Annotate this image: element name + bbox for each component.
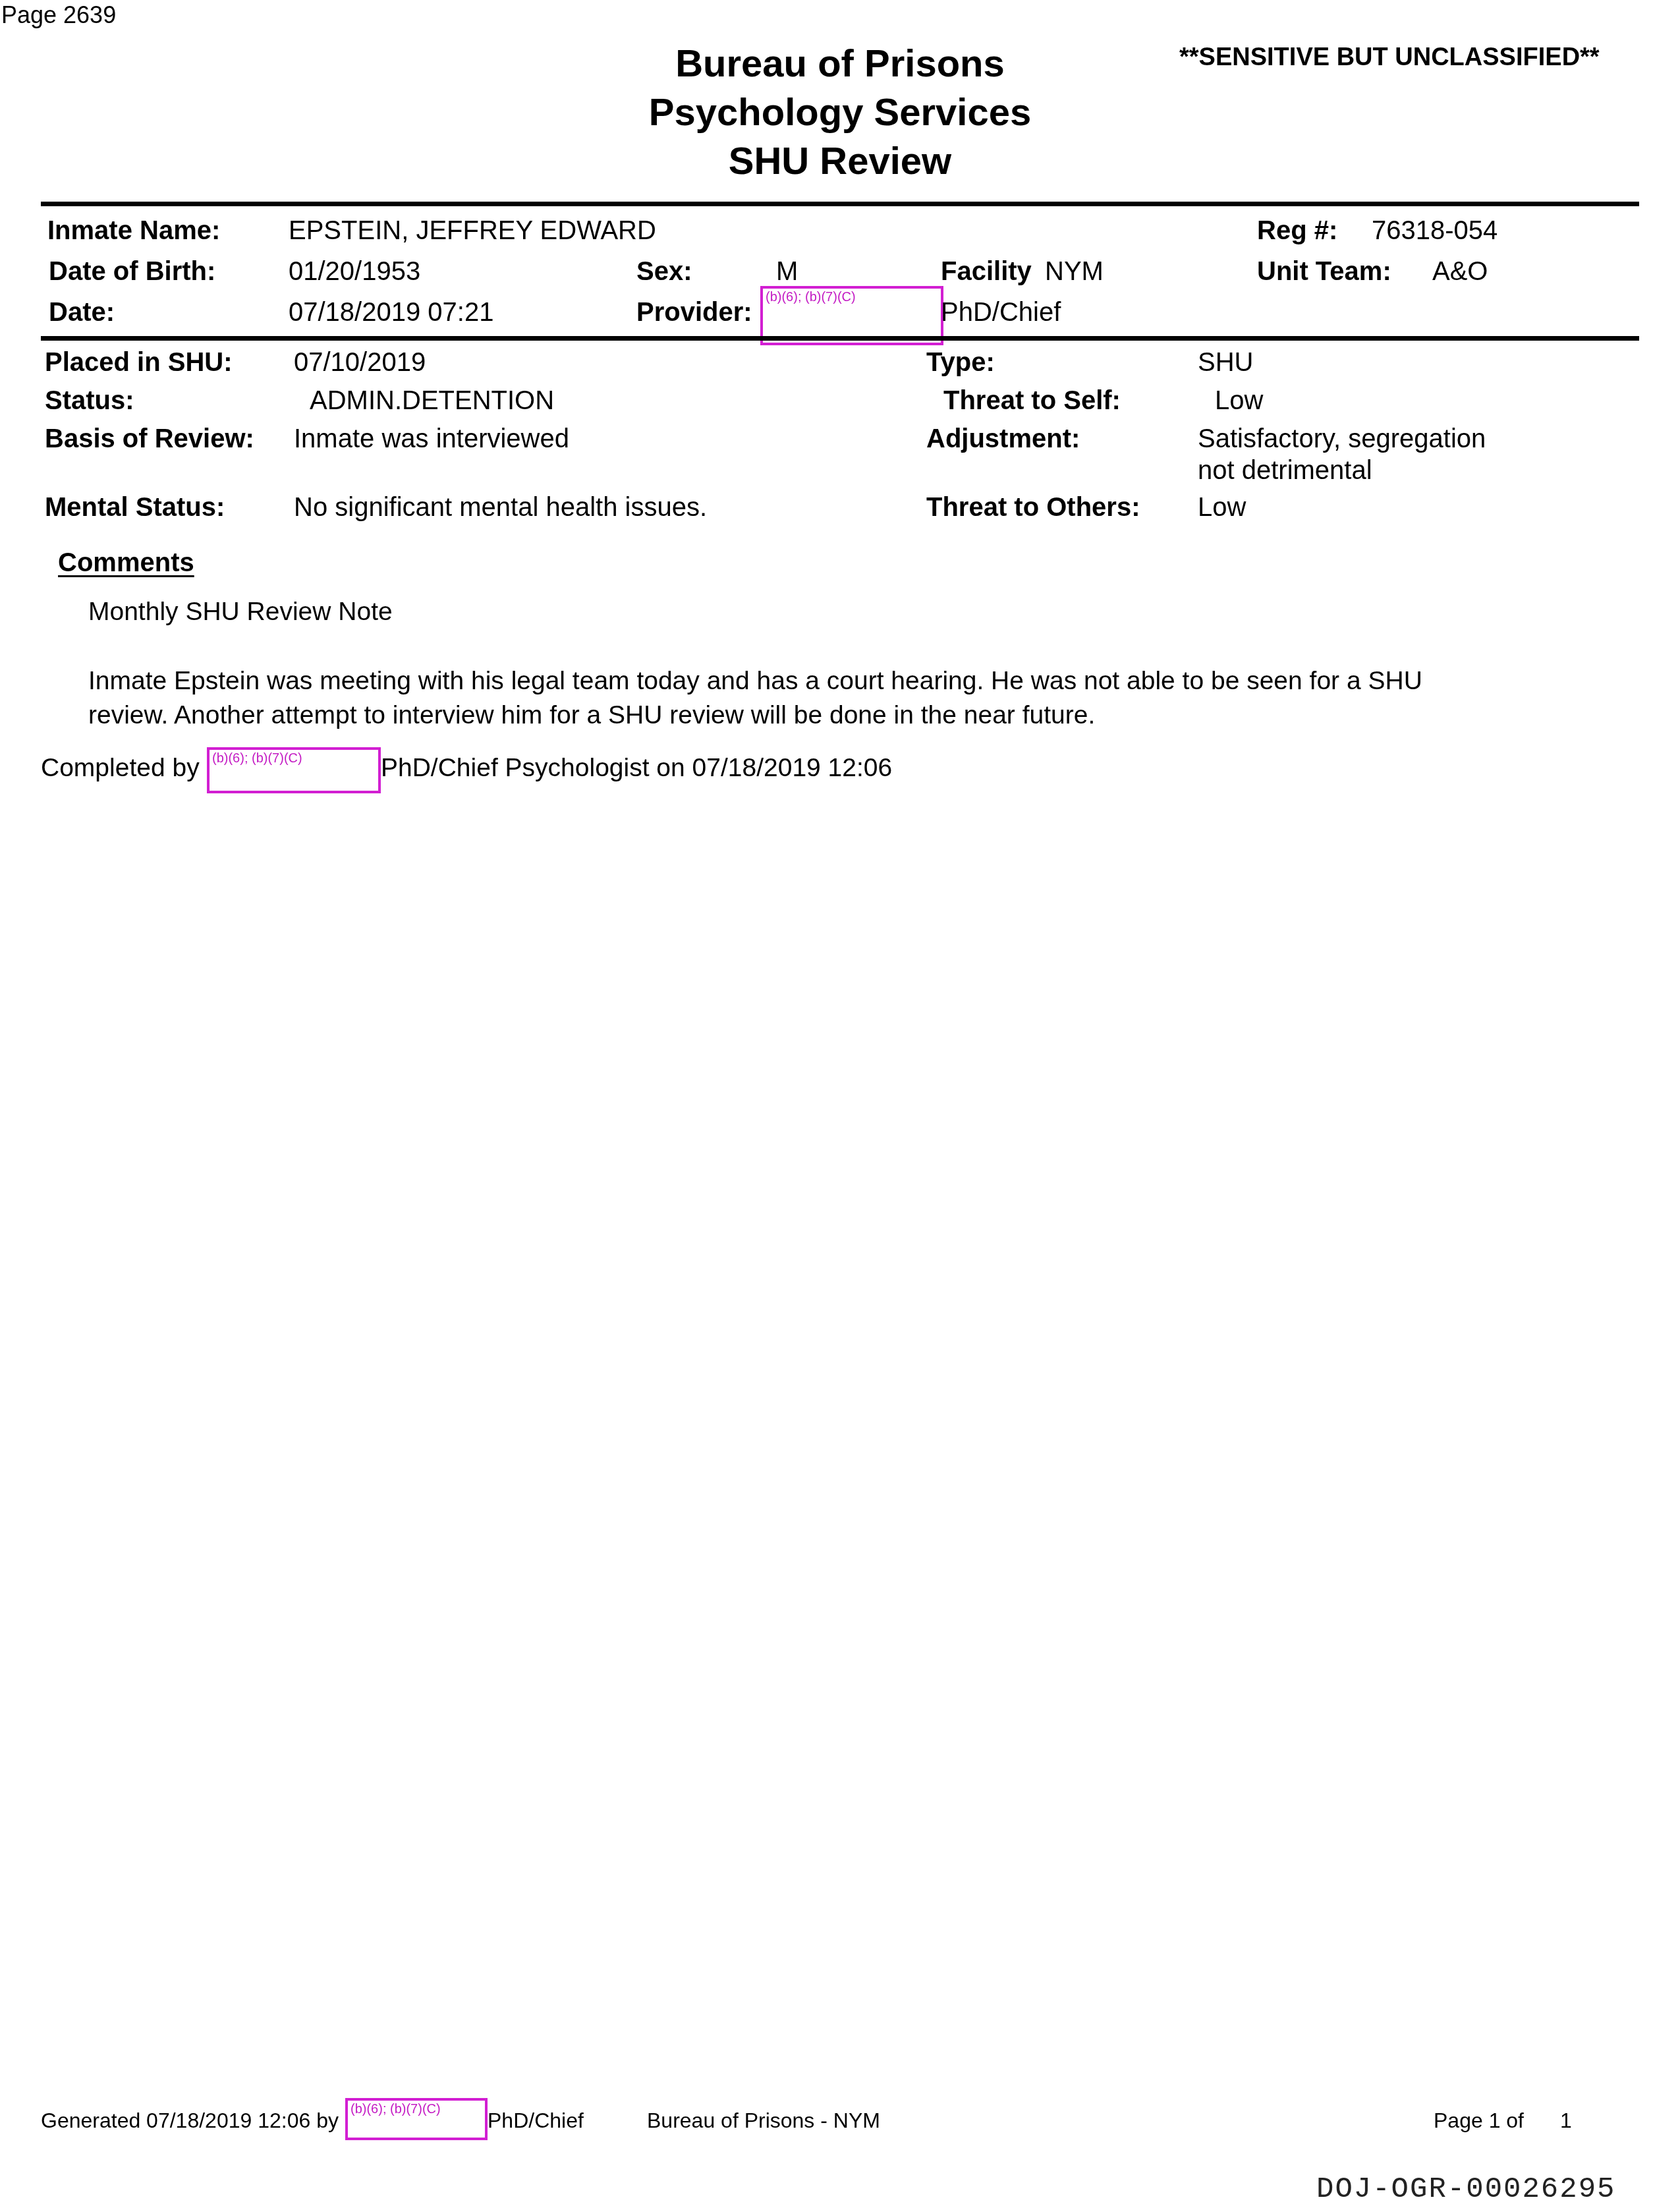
unit-team-label: Unit Team:: [1257, 257, 1391, 287]
date-value: 07/18/2019 07:21: [289, 298, 493, 327]
inmate-name-label: Inmate Name:: [47, 216, 220, 246]
divider-top: [41, 202, 1639, 206]
threat-to-self-label: Threat to Self:: [943, 386, 1121, 416]
redaction-code: (b)(6); (b)(7)(C): [766, 290, 856, 305]
redaction-code: (b)(6); (b)(7)(C): [212, 751, 302, 766]
placed-in-shu-value: 07/10/2019: [294, 348, 426, 378]
reg-value: 76318-054: [1372, 216, 1498, 246]
divider-middle: [41, 336, 1639, 341]
redaction-code: (b)(6); (b)(7)(C): [350, 2102, 441, 2117]
title-form: SHU Review: [0, 137, 1680, 186]
threat-to-others-label: Threat to Others:: [926, 493, 1140, 523]
placed-in-shu-label: Placed in SHU:: [45, 348, 233, 378]
comments-line-1: Inmate Epstein was meeting with his lega…: [88, 664, 1422, 698]
comments-line-2: review. Another attempt to interview him…: [88, 698, 1095, 733]
comments-note-title: Monthly SHU Review Note: [88, 595, 393, 629]
page-number-label: Page 2639: [1, 1, 116, 29]
date-label: Date:: [49, 298, 115, 327]
footer-organization: Bureau of Prisons - NYM: [647, 2109, 880, 2133]
facility-label: Facility: [941, 257, 1032, 287]
dob-label: Date of Birth:: [49, 257, 215, 287]
footer-page-total: 1: [1560, 2109, 1572, 2133]
classification-banner: **SENSITIVE BUT UNCLASSIFIED**: [1179, 43, 1600, 72]
mental-status-label: Mental Status:: [45, 493, 225, 523]
footer-page-text: Page 1 of: [1434, 2109, 1524, 2133]
basis-of-review-value: Inmate was interviewed: [294, 424, 569, 454]
threat-to-self-value: Low: [1215, 386, 1263, 416]
generated-by-redaction-box: (b)(6); (b)(7)(C): [345, 2098, 488, 2140]
adjustment-label: Adjustment:: [926, 424, 1080, 454]
bates-number: DOJ-OGR-00026295: [1316, 2173, 1615, 2206]
basis-of-review-label: Basis of Review:: [45, 424, 254, 454]
generated-by-prefix: Generated 07/18/2019 12:06 by: [41, 2109, 339, 2133]
status-label: Status:: [45, 386, 134, 416]
adjustment-value-line2: not detrimental: [1198, 456, 1372, 486]
facility-value: NYM: [1045, 257, 1104, 287]
mental-status-value: No significant mental health issues.: [294, 493, 707, 523]
provider-title: PhD/Chief: [941, 298, 1061, 327]
completed-by-redaction-box: (b)(6); (b)(7)(C): [207, 747, 381, 793]
dob-value: 01/20/1953: [289, 257, 420, 287]
completed-by-suffix: PhD/Chief Psychologist on 07/18/2019 12:…: [381, 754, 892, 783]
generated-by-suffix: PhD/Chief: [488, 2109, 584, 2133]
reg-label: Reg #:: [1257, 216, 1337, 246]
status-value: ADMIN.DETENTION: [310, 386, 554, 416]
type-label: Type:: [926, 348, 995, 378]
title-department: Psychology Services: [0, 88, 1680, 137]
completed-by-prefix: Completed by: [41, 754, 200, 783]
sex-label: Sex:: [636, 257, 692, 287]
adjustment-value-line1: Satisfactory, segregation: [1198, 424, 1486, 454]
inmate-name-value: EPSTEIN, JEFFREY EDWARD: [289, 216, 656, 246]
comments-heading: Comments: [58, 548, 194, 578]
type-value: SHU: [1198, 348, 1253, 378]
sex-value: M: [776, 257, 798, 287]
threat-to-others-value: Low: [1198, 493, 1246, 523]
provider-label: Provider:: [636, 298, 752, 327]
unit-team-value: A&O: [1432, 257, 1488, 287]
